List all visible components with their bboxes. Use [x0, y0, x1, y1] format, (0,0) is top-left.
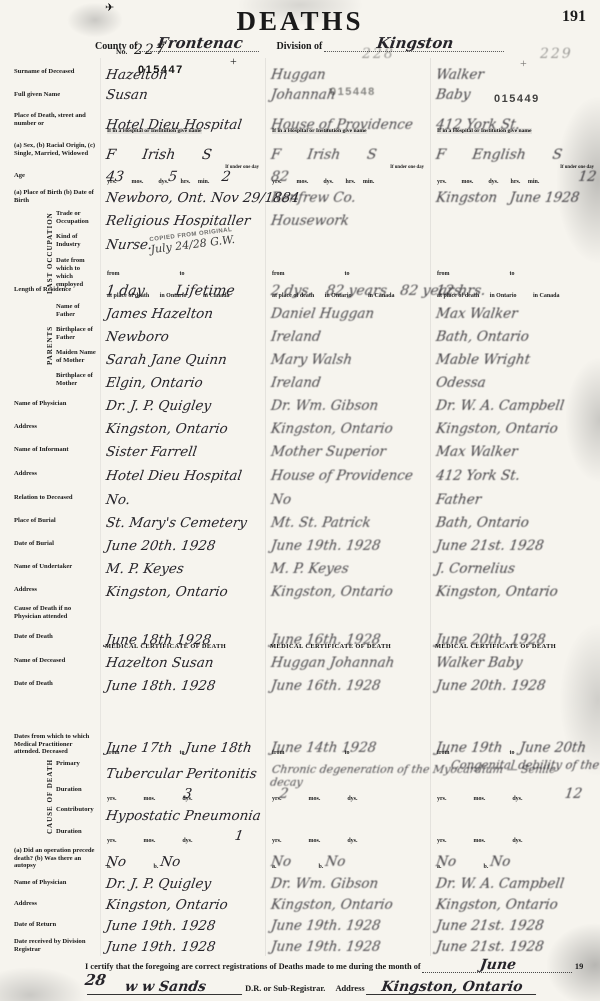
record-1-cell: St. Mary's Cemetery — [100, 509, 265, 532]
record-1-cell — [100, 695, 265, 731]
record-3-cell: Walker Baby — [430, 649, 600, 672]
record-value: Newboro — [105, 331, 170, 345]
record-2-cell: No — [265, 485, 430, 509]
record-3-cell: Bath, Ontario — [430, 323, 600, 346]
record-2-cell — [265, 601, 430, 623]
printed-units: from to — [107, 271, 185, 277]
form-row-contrib: Contributory Hypostatic Pneumonia — [0, 803, 600, 825]
record-value: 2 — [270, 788, 289, 802]
record-2-cell: June 16th. 1928 — [265, 672, 430, 695]
registrar-address: Kingston, Ontario — [366, 980, 538, 995]
record-3-cell: June 20th. 1928 MEDICAL CERTIFICATE OF D… — [430, 623, 600, 649]
record-value: 12 hrs. — [435, 284, 487, 298]
record-2-cell: If in a Hospital or Institution give nam… — [265, 104, 430, 134]
record-value: Hazelton Susan — [105, 657, 214, 671]
field-label: Address — [0, 415, 100, 438]
record-value: Elgin, Ontario — [105, 377, 203, 391]
record-value: Dr. Wm. Gibson — [270, 878, 379, 892]
record-1-cell: June 19th. 1928 — [100, 914, 265, 935]
form-row-death2: Date of Death June 18th. 1928 June 16th.… — [0, 672, 600, 695]
record-value: Walker Baby — [435, 657, 523, 671]
record-1-cell: June 18th. 1928 — [100, 672, 265, 695]
record-value: 3 — [105, 788, 193, 802]
field-label: (a) Sex, (b) Racial Origin, (c) Single, … — [0, 134, 100, 164]
record-value: June 17th June 18th — [105, 742, 253, 756]
record-1-cell: Kingston, Ontario — [100, 578, 265, 601]
field-label: Date of Death — [0, 672, 100, 695]
form-row-attended: Dates from which to which Medical Practi… — [0, 731, 600, 757]
record-1-cell: Tubercular Peritonitis — [100, 757, 265, 783]
record-2-cell: Kingston, Ontario — [265, 893, 430, 914]
field-label: Date of Return — [0, 914, 100, 935]
record-3-cell: June 21st. 1928 — [430, 532, 600, 555]
record-value: Bath, Ontario — [435, 517, 530, 531]
record-1-cell: yrs. mos. dys. 3 — [100, 783, 265, 803]
form-row-nophys: Cause of Death if no Physician attended — [0, 601, 600, 623]
record-1-cell: No. — [100, 485, 265, 509]
record-2-cell: M. P. Keyes — [265, 555, 430, 578]
record-value: Susan — [105, 89, 149, 103]
field-label: Address — [0, 578, 100, 601]
registration-number-2: 228 — [362, 46, 395, 62]
record-value: June 16th. 1928 — [270, 680, 381, 694]
record-3-cell: from to — [430, 254, 600, 278]
form-row-sex: (a) Sex, (b) Racial Origin, (c) Single, … — [0, 134, 600, 164]
field-label: Date from which to which employed — [0, 254, 100, 278]
record-value: June 18th. 1928 — [105, 680, 216, 694]
record-value: M. P. Keyes — [270, 563, 349, 577]
record-value: No — [270, 494, 292, 508]
record-value: Huggan — [270, 69, 326, 83]
division-label: Division of — [277, 41, 323, 52]
field-label: Kind of Industry — [0, 230, 100, 254]
record-value: 1 day Lifetime — [105, 284, 236, 298]
record-2-cell: yrs. mos. dys. — [265, 825, 430, 845]
record-3-cell — [430, 230, 600, 254]
record-1-cell: Hypostatic Pneumonia — [100, 803, 265, 825]
record-1-cell: from to June 17th June 18th — [100, 731, 265, 757]
record-value: James Hazelton — [105, 308, 214, 322]
record-2-cell: June 19th. 1928 — [265, 935, 430, 956]
record-value: Renfrew Co. — [270, 192, 357, 206]
record-value: Kingston, Ontario — [105, 899, 229, 913]
record-3-cell: If in a Hospital or Institution give nam… — [430, 104, 600, 134]
record-1-cell: from to — [100, 254, 265, 278]
record-value: June 19th. 1928 — [270, 920, 381, 934]
record-value: June 19th. 1928 — [105, 920, 216, 934]
record-3-cell: F English S — [430, 134, 600, 164]
registration-number-3: 229 — [540, 46, 573, 62]
record-value: June 20th. 1928 — [105, 540, 216, 554]
record-value: Sister Farrell — [105, 446, 198, 460]
record-value: Dr. Wm. Gibson — [270, 400, 379, 414]
record-value: Walker — [435, 69, 485, 83]
record-value: Kingston June 1928 — [435, 192, 580, 206]
record-value: 12 — [435, 788, 583, 802]
record-value: June 21st. 1928 — [435, 920, 544, 934]
registrar-signature: w w Sands — [87, 980, 244, 995]
record-1-cell: Hazelton Susan — [100, 649, 265, 672]
record-value: Hotel Dieu Hospital — [105, 119, 243, 133]
record-value: Mt. St. Patrick — [270, 517, 371, 531]
field-label: Birthplace of Mother — [0, 369, 100, 392]
form-row-gap — [0, 695, 600, 731]
record-3-cell: Mable Wright — [430, 346, 600, 369]
record-value: Religious Hospitaller — [105, 215, 251, 229]
printed-units: yrs. mos. dys. — [272, 838, 358, 844]
form-row-burialdt: Date of Burial June 20th. 1928 June 19th… — [0, 532, 600, 555]
record-value: F Irish S — [105, 148, 213, 162]
record-1-cell: James Hazelton — [100, 300, 265, 323]
record-value: 82 — [270, 170, 290, 184]
record-3-cell: Max Walker — [430, 300, 600, 323]
record-value: June 14th 1928 — [270, 742, 377, 756]
form-row-name2: Name of Deceased Hazelton Susan Huggan J… — [0, 649, 600, 672]
record-value: Ireland — [270, 331, 321, 345]
record-1-cell: June 19th. 1928 — [100, 935, 265, 956]
record-value: F English S — [435, 148, 563, 162]
record-3-cell: Father — [430, 485, 600, 509]
record-1-cell: Dr. J. P. Quigley — [100, 871, 265, 893]
record-value: No No — [435, 856, 511, 870]
record-3-cell: from to June 19th June 20th — [430, 731, 600, 757]
record-3-cell: Kingston, Ontario — [430, 578, 600, 601]
form-row-oper: (a) Did an operation precede death? (b) … — [0, 845, 600, 871]
record-value: 43 5 2 — [105, 170, 232, 184]
field-label: (a) Place of Birth (b) Date of Birth — [0, 186, 100, 207]
record-3-cell: Odessa — [430, 369, 600, 392]
record-3-cell: a. b. No No — [430, 845, 600, 871]
record-value: June 20th. 1928 — [435, 680, 546, 694]
record-value: June 21st. 1928 — [435, 540, 544, 554]
form-row-place: Place of Death, street and number or If … — [0, 104, 600, 134]
record-value: Mary Walsh — [270, 354, 353, 368]
record-1-cell: Elgin, Ontario — [100, 369, 265, 392]
form-row-residence: Length of Residence at place of death in… — [0, 278, 600, 300]
field-label: Name of Physician — [0, 392, 100, 415]
record-1-cell: Newboro — [100, 323, 265, 346]
form-row-dur2: Duration yrs. mos. dys. 1 yrs. mos. — [0, 825, 600, 845]
record-value: J. Cornelius — [435, 563, 516, 577]
certify-text: I certify that the foregoing are correct… — [85, 962, 421, 971]
field-label: Maiden Name of Mother — [0, 346, 100, 369]
record-1-cell: M. P. Keyes — [100, 555, 265, 578]
record-value: Kingston, Ontario — [435, 899, 559, 913]
record-value: Bath, Ontario — [435, 331, 530, 345]
form-row-addr4: Address Kingston, Ontario Kingston, Onta… — [0, 893, 600, 914]
record-value: No. — [105, 494, 131, 508]
record-3-cell: Kingston, Ontario — [430, 415, 600, 438]
record-2-cell: F Irish S — [265, 134, 430, 164]
record-2-cell: from to — [265, 254, 430, 278]
registration-number-1: No. 227 — [116, 42, 167, 58]
record-2-cell: June 19th. 1928 — [265, 532, 430, 555]
field-label: Duration — [0, 783, 100, 803]
record-3-cell — [430, 695, 600, 731]
form-row-surname: Surname of Deceased Hazelton Huggan Walk… — [0, 58, 600, 84]
record-value: June 19th. 1928 — [105, 941, 216, 955]
record-1-cell: Kingston, Ontario — [100, 415, 265, 438]
record-value: No No — [270, 856, 346, 870]
form-row-phys2: Name of Physician Dr. J. P. Quigley Dr. … — [0, 871, 600, 893]
form-row-primary: Primary Tubercular Peritonitis Chronic d… — [0, 757, 600, 783]
page-title: DEATHS — [0, 6, 600, 37]
field-label: Birthplace of Father — [0, 323, 100, 346]
record-value: Kingston, Ontario — [270, 586, 394, 600]
record-1-cell: June 20th. 1928 — [100, 532, 265, 555]
field-label: Full given Name — [0, 84, 100, 104]
record-3-cell: J. Cornelius — [430, 555, 600, 578]
record-value: M. P. Keyes — [105, 563, 184, 577]
record-2-cell: House of Providence — [265, 461, 430, 485]
record-3-cell: If under one day yrs. mos. dys. hrs. min… — [430, 164, 600, 186]
page-number: 191 — [562, 8, 586, 26]
record-value: Kingston, Ontario — [270, 899, 394, 913]
registrar-label: D.R. or Sub-Registrar. — [245, 984, 325, 993]
record-value: Dr. J. P. Quigley — [105, 400, 212, 414]
record-value: F Irish S — [270, 148, 378, 162]
record-2-cell: Huggan Johannah — [265, 649, 430, 672]
form-row-age: Age If under one day yrs. mos. dys. hrs.… — [0, 164, 600, 186]
record-value: Dr. W. A. Campbell — [435, 400, 565, 414]
printed-units: from to — [437, 271, 515, 277]
field-label: Name of Deceased — [0, 649, 100, 672]
medical-certificate-heading: MEDICAL CERTIFICATE OF DEATH — [105, 643, 226, 650]
medical-certificate-heading: MEDICAL CERTIFICATE OF DEATH — [270, 643, 391, 650]
field-label: Duration — [0, 825, 100, 845]
record-3-cell: yrs. mos. dys. — [430, 825, 600, 845]
field-label: Length of Residence — [0, 278, 100, 300]
record-1-cell: Hotel Dieu Hospital — [100, 461, 265, 485]
record-3-cell: Walker — [430, 58, 600, 84]
field-label: Contributory — [0, 803, 100, 825]
record-value: Housework — [270, 215, 350, 229]
form-row-return: Date of Return June 19th. 1928 June 19th… — [0, 914, 600, 935]
record-2-cell — [265, 803, 430, 825]
record-value: St. Mary's Cemetery — [105, 517, 248, 531]
form-row-burialpl: Place of Burial St. Mary's Cemetery Mt. … — [0, 509, 600, 532]
record-value: Mable Wright — [435, 354, 531, 368]
field-label: Name of Father — [0, 300, 100, 323]
record-1-cell — [100, 601, 265, 623]
record-3-cell: Dr. W. A. Campbell — [430, 871, 600, 893]
record-2-cell: Ireland — [265, 369, 430, 392]
field-label: Dates from which to which Medical Practi… — [0, 731, 100, 757]
record-value: 2 dys. 82 years 82 years — [270, 284, 462, 298]
record-value: Kingston, Ontario — [435, 586, 559, 600]
field-label: Trade or Occupation — [0, 207, 100, 230]
record-value: Hypostatic Pneumonia — [105, 810, 262, 824]
record-value: Kingston, Ontario — [105, 423, 229, 437]
record-1-cell: Religious Hospitaller — [100, 207, 265, 230]
record-3-cell: Kingston, Ontario — [430, 893, 600, 914]
form-row-addr1: Address Kingston, Ontario Kingston, Onta… — [0, 415, 600, 438]
certify-month: June — [422, 958, 574, 973]
record-1-cell: F Irish S — [100, 134, 265, 164]
field-label — [0, 695, 100, 731]
record-value: Johannah — [270, 89, 336, 103]
record-value: 412 York St. — [435, 119, 521, 133]
record-3-cell: Max Walker — [430, 438, 600, 461]
record-value: Kingston, Ontario — [105, 586, 229, 600]
record-1-cell: Sarah Jane Quinn — [100, 346, 265, 369]
record-value: 12 — [435, 170, 597, 184]
record-3-cell: 412 York St. — [430, 461, 600, 485]
record-value: Ireland — [270, 377, 321, 391]
record-3-cell — [430, 803, 600, 825]
record-1-cell: If in a Hospital or Institution give nam… — [100, 104, 265, 134]
address-label: Address — [335, 984, 364, 993]
record-2-cell: Daniel Huggan — [265, 300, 430, 323]
death-register-page: ✈ DEATHS 191 County of Frontenac Divisio… — [0, 0, 600, 1001]
form-row-undertaker: Name of Undertaker M. P. Keyes M. P. Key… — [0, 555, 600, 578]
record-2-cell — [265, 695, 430, 731]
form-row-industry: Kind of Industry Nurse. — [0, 230, 600, 254]
field-label: (a) Did an operation precede death? (b) … — [0, 845, 100, 871]
field-label: Address — [0, 461, 100, 485]
form-rows: Surname of Deceased Hazelton Huggan Walk… — [0, 58, 600, 956]
form-row-birth: (a) Place of Birth (b) Date of Birth New… — [0, 186, 600, 207]
record-3-cell: June 21st. 1928 — [430, 914, 600, 935]
field-label: Name of Informant — [0, 438, 100, 461]
record-2-cell: Mary Walsh — [265, 346, 430, 369]
certify-year-prefix: 19 — [575, 962, 583, 971]
record-2-cell: a. b. No No — [265, 845, 430, 871]
record-value: June 21st. 1928 — [435, 941, 544, 955]
under-one-day-note: If under one day — [390, 165, 424, 170]
record-value: Dr. J. P. Quigley — [105, 878, 212, 892]
form-row-received: Date received by Division Registrar June… — [0, 935, 600, 956]
record-value: Mother Superior — [270, 446, 387, 460]
record-value: Huggan Johannah — [270, 657, 395, 671]
field-label: Place of Death, street and number or — [0, 104, 100, 134]
record-1-cell: If under one day yrs. mos. dys. hrs. min… — [100, 164, 265, 186]
record-value: Odessa — [435, 377, 487, 391]
form-row-addr2: Address Hotel Dieu Hospital House of Pro… — [0, 461, 600, 485]
record-1-cell: Sister Farrell — [100, 438, 265, 461]
record-value: Congenital debility of the Newborn — [450, 760, 600, 772]
record-value: June 19th. 1928 — [270, 941, 381, 955]
field-label: Relation to Deceased — [0, 485, 100, 509]
record-2-cell: Housework — [265, 207, 430, 230]
record-1-cell: Kingston, Ontario — [100, 893, 265, 914]
record-value: Kingston, Ontario — [435, 423, 559, 437]
record-value: Dr. W. A. Campbell — [435, 878, 565, 892]
record-value: House of Providence — [270, 470, 414, 484]
record-value: 1 — [105, 830, 244, 844]
form-row-relation: Relation to Deceased No. No Father — [0, 485, 600, 509]
record-value: Kingston, Ontario — [270, 423, 394, 437]
field-label: Date of Burial — [0, 532, 100, 555]
record-3-cell: Bath, Ontario — [430, 509, 600, 532]
record-value: Daniel Huggan — [270, 308, 375, 322]
record-value: Tubercular Peritonitis — [105, 768, 258, 782]
serial-stamp-3: 015449 — [494, 93, 540, 105]
record-value: 412 York St. — [435, 470, 521, 484]
record-2-cell: Mother Superior — [265, 438, 430, 461]
record-1-cell: a. b. No No — [100, 845, 265, 871]
record-1-cell: yrs. mos. dys. 1 — [100, 825, 265, 845]
form-row-fbirth: Birthplace of Father Newboro Ireland Bat… — [0, 323, 600, 346]
division-value: Kingston — [324, 36, 506, 52]
record-2-cell: Dr. Wm. Gibson — [265, 392, 430, 415]
record-value: June 19th June 20th — [435, 742, 587, 756]
record-2-cell: If under one day yrs. mos. dys. hrs. min… — [265, 164, 430, 186]
record-3-cell: at place of death in Ontario in Canada 1… — [430, 278, 600, 300]
form-row-informant: Name of Informant Sister Farrell Mother … — [0, 438, 600, 461]
record-2-cell: Dr. Wm. Gibson — [265, 871, 430, 893]
record-3-cell: Dr. W. A. Campbell — [430, 392, 600, 415]
form-row-phys1: Name of Physician Dr. J. P. Quigley Dr. … — [0, 392, 600, 415]
field-label: Primary — [0, 757, 100, 783]
record-1-cell: Dr. J. P. Quigley — [100, 392, 265, 415]
record-value: Father — [435, 494, 482, 508]
field-label: Name of Physician — [0, 871, 100, 893]
medical-certificate-heading: MEDICAL CERTIFICATE OF DEATH — [435, 643, 556, 650]
record-3-cell: yrs. mos. dys. 12 — [430, 783, 600, 803]
field-label: Surname of Deceased — [0, 58, 100, 84]
field-label: Place of Burial — [0, 509, 100, 532]
serial-stamp-1: 015447 — [138, 64, 184, 76]
plus-mark-2: + — [520, 56, 527, 71]
record-3-cell: June 21st. 1928 — [430, 935, 600, 956]
printed-units: from to — [272, 271, 350, 277]
record-1-cell: at place of death in Ontario in Canada 1… — [100, 278, 265, 300]
record-3-cell — [430, 207, 600, 230]
record-2-cell: Huggan — [265, 58, 430, 84]
field-label: Address — [0, 893, 100, 914]
record-value: Baby — [435, 89, 471, 103]
record-2-cell: Kingston, Ontario — [265, 578, 430, 601]
record-1-cell: Susan — [100, 84, 265, 104]
printed-units: yrs. mos. dys. — [437, 838, 523, 844]
record-2-cell: Renfrew Co. — [265, 186, 430, 207]
form-row-mbirth: Birthplace of Mother Elgin, Ontario Irel… — [0, 369, 600, 392]
plus-mark-1: + — [230, 54, 237, 69]
record-value: June 19th. 1928 — [270, 540, 381, 554]
field-label: Age — [0, 164, 100, 186]
record-1-cell: Newboro, Ont. Nov 29/1884 — [100, 186, 265, 207]
record-value: Sarah Jane Quinn — [105, 354, 228, 368]
field-label: Date of Death — [0, 623, 100, 649]
record-2-cell: Kingston, Ontario — [265, 415, 430, 438]
record-value: Max Walker — [435, 308, 518, 322]
form-row-father: Name of Father James Hazelton Daniel Hug… — [0, 300, 600, 323]
form-row-mmaiden: Maiden Name of Mother Sarah Jane Quinn M… — [0, 346, 600, 369]
record-2-cell: June 16th. 1928 MEDICAL CERTIFICATE OF D… — [265, 623, 430, 649]
record-value: Hotel Dieu Hospital — [105, 470, 243, 484]
record-2-cell: at place of death in Ontario in Canada 2… — [265, 278, 430, 300]
form-row-addr3: Address Kingston, Ontario Kingston, Onta… — [0, 578, 600, 601]
record-3-cell: Kingston June 1928 — [430, 186, 600, 207]
form-row-death1: Date of Death June 18th 1928 MEDICAL CER… — [0, 623, 600, 649]
record-2-cell: Mt. St. Patrick — [265, 509, 430, 532]
record-2-cell: Chronic degeneration of the Myocardium —… — [265, 757, 430, 783]
field-label: Cause of Death if no Physician attended — [0, 601, 100, 623]
record-3-cell — [430, 601, 600, 623]
field-label: Name of Undertaker — [0, 555, 100, 578]
record-value: Max Walker — [435, 446, 518, 460]
record-2-cell: June 19th. 1928 — [265, 914, 430, 935]
field-label: Date received by Division Registrar — [0, 935, 100, 956]
record-value: House of Providence — [270, 119, 414, 133]
record-value: Nurse. — [105, 239, 153, 253]
form-row-employed: Date from which to which employed from t… — [0, 254, 600, 278]
record-2-cell: from to June 14th 1928 — [265, 731, 430, 757]
record-2-cell — [265, 230, 430, 254]
record-value: No No — [105, 856, 181, 870]
record-3-cell: June 20th. 1928 — [430, 672, 600, 695]
